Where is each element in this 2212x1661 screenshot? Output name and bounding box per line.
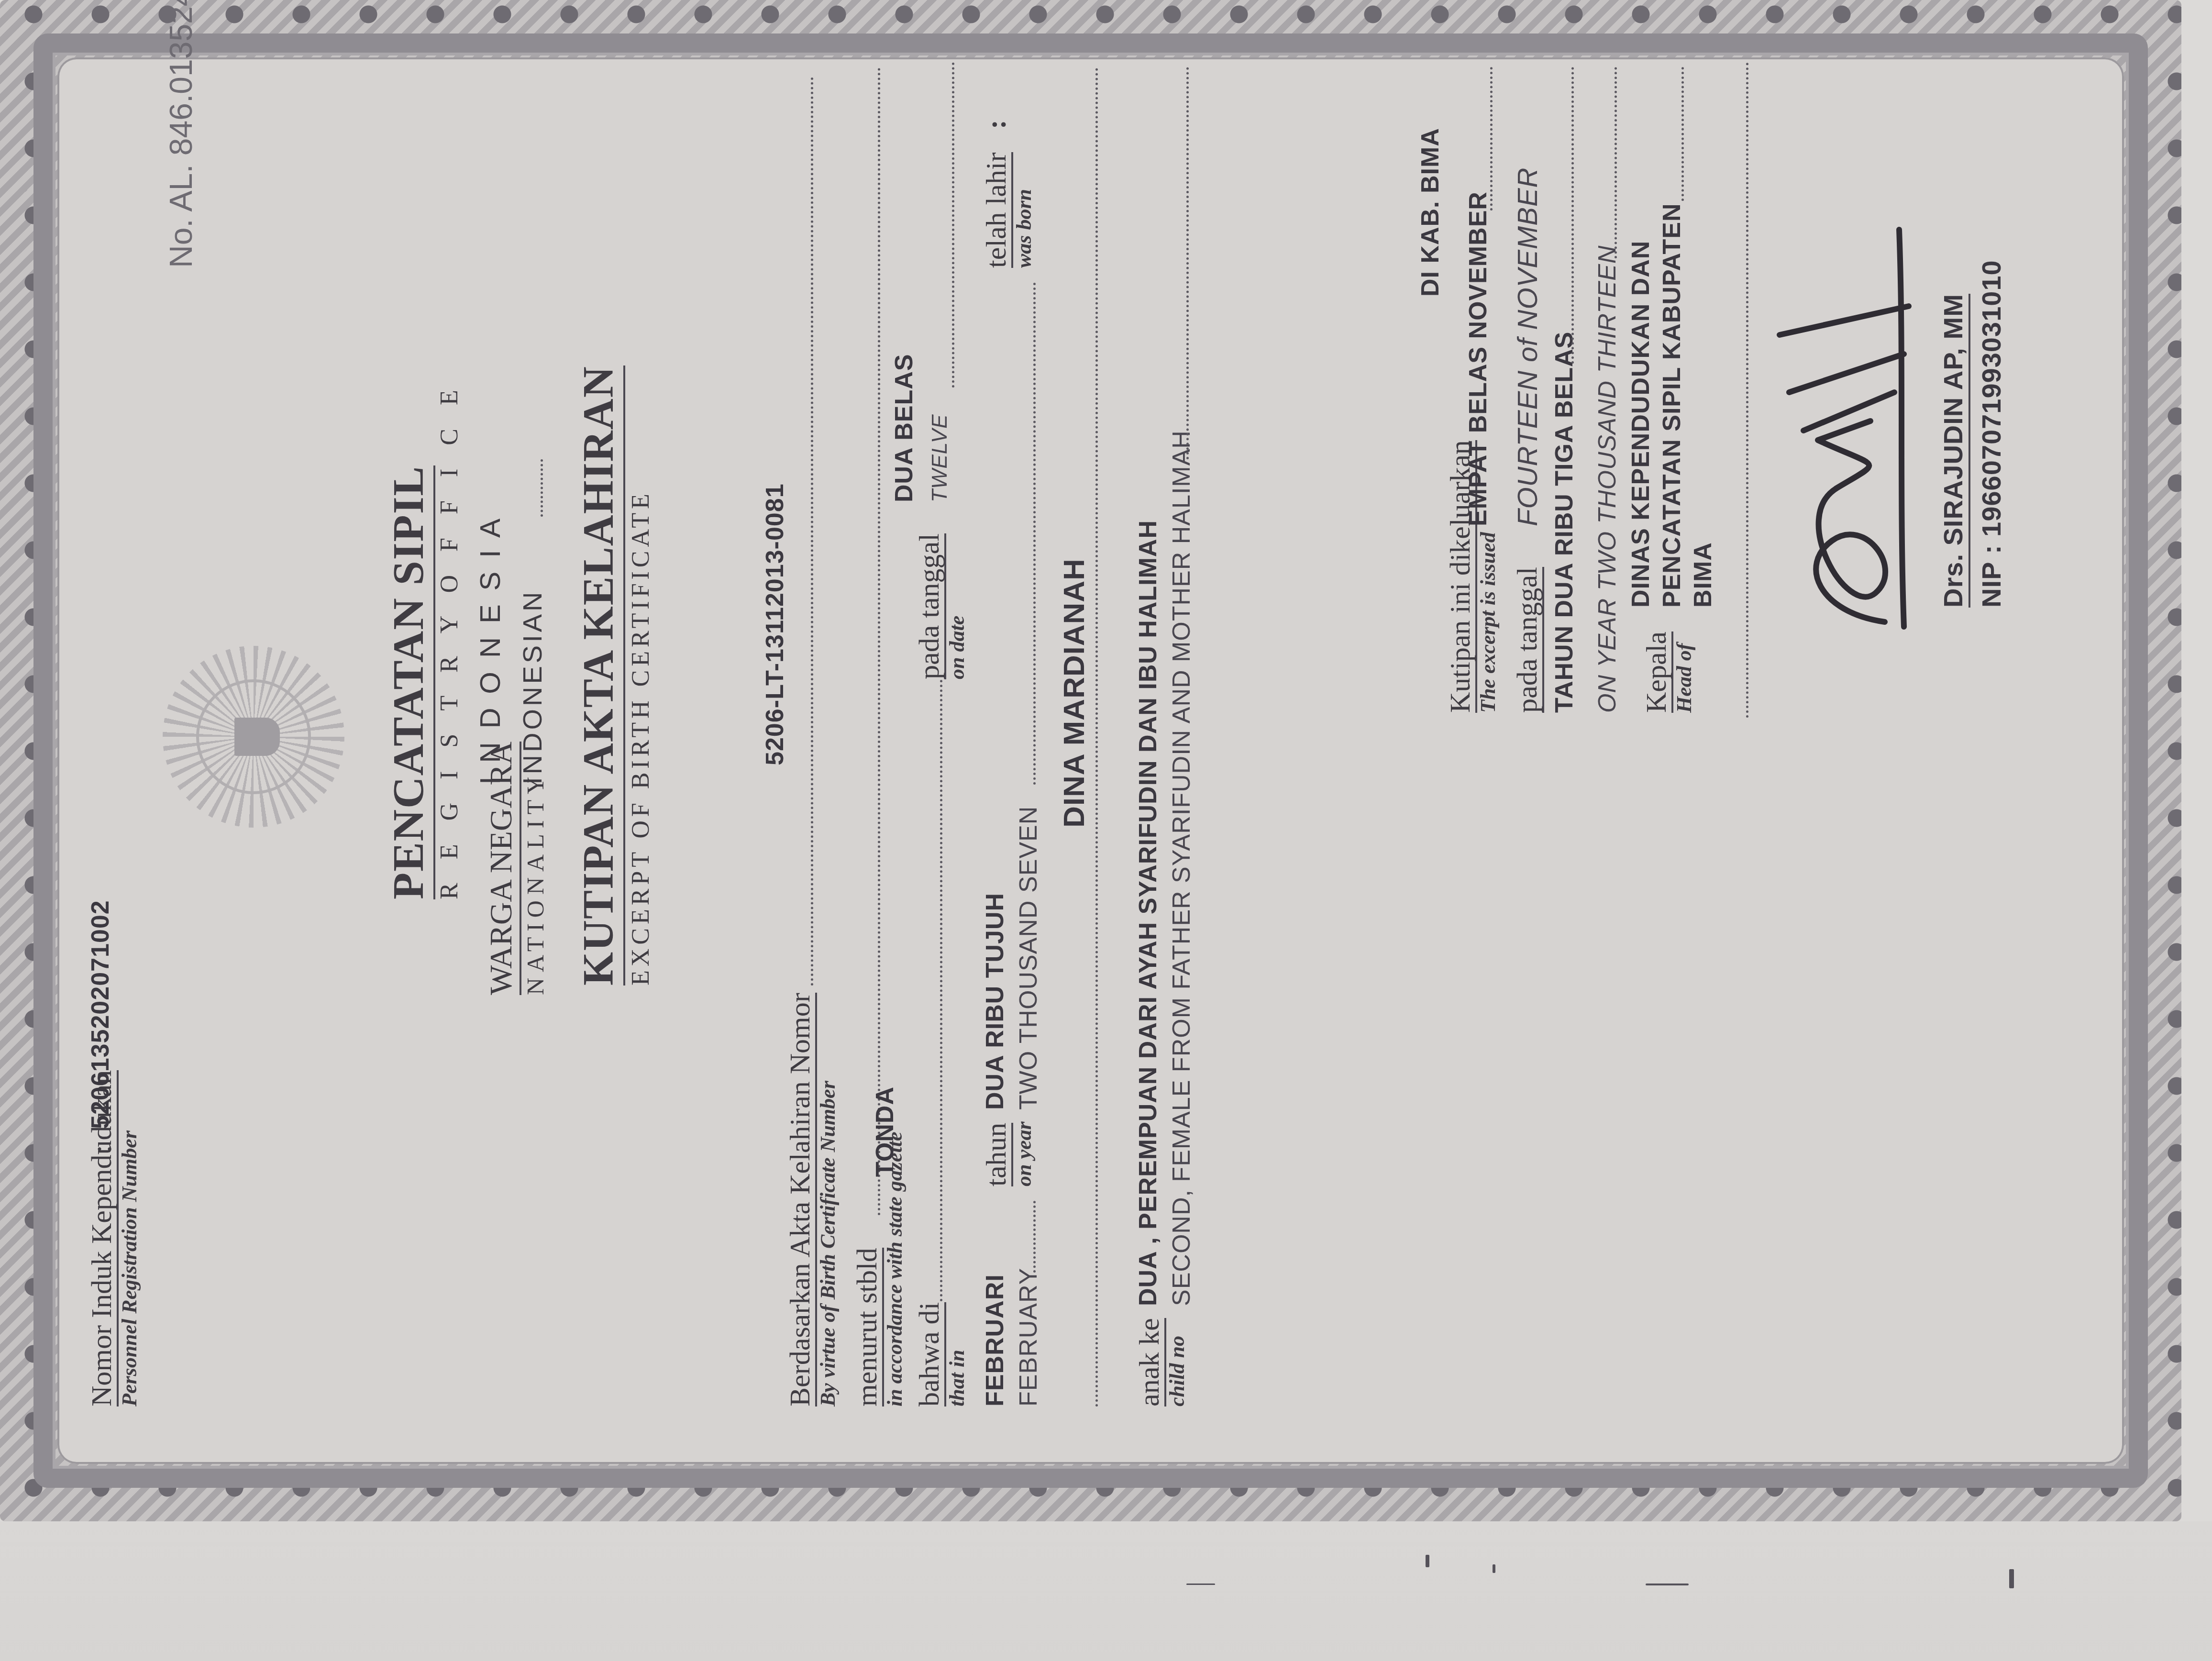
issued-date: EMPAT BELAS NOVEMBER: [1464, 191, 1493, 526]
year-value-en: TWO THOUSAND SEVEN: [1014, 806, 1043, 1110]
day-dots: [952, 62, 954, 388]
nationality-value: I N D O N E S I A: [474, 516, 507, 785]
issued-year-en-dots: [1615, 67, 1617, 258]
year-dots: [1033, 282, 1036, 785]
office-line-2: PENCATATAN SIPIL KABUPATEN: [1658, 203, 1686, 608]
table-specks: [0, 1521, 2212, 1661]
month-value-en: FEBRUARY: [1014, 1268, 1043, 1406]
issued-year-dots: [1571, 67, 1574, 364]
nik-colon: :: [86, 1145, 117, 1153]
office-line-3: BIMA: [1689, 542, 1717, 608]
child-name: DINA MARDIANAH: [1057, 558, 1091, 828]
office-title-en: R E G I S T R Y O F F I C E: [435, 381, 464, 899]
document-title: KUTIPAN AKTA KELAHIRAN: [574, 365, 625, 986]
office-title: PENCATATAN SIPIL: [383, 465, 435, 899]
born-label-en: was born: [1013, 189, 1035, 268]
parents-value: DUA , PEREMPUAN DARI AYAH SYARIFUDIN DAN…: [1134, 520, 1162, 1306]
nationality-value-en: INDONESIAN: [517, 589, 548, 785]
child-no-label-en: child no: [1166, 1336, 1188, 1406]
date-label: pada tanggal: [914, 533, 946, 679]
nationality-label-en: NATIONALITY: [521, 771, 549, 995]
basis-label-en: By virtue of Birth Certificate Number: [817, 1081, 839, 1406]
speck: [1426, 1555, 1429, 1567]
place-label-en: that in: [946, 1350, 968, 1406]
parents-dots: [1186, 67, 1189, 459]
document-title-en: EXCERPT OF BIRTH CERTIFICATE: [627, 490, 655, 986]
day-value-en: TWELVE: [928, 414, 952, 503]
stbld-label: menurut stbld: [852, 1248, 884, 1406]
issued-date-label: pada tanggal: [1512, 567, 1544, 713]
place-label: bahwa di: [914, 1302, 946, 1406]
year-label-en: on year: [1013, 1121, 1035, 1186]
emblem-shield: [234, 718, 280, 756]
date-label-en: on date: [946, 616, 968, 679]
born-label: telah lahir: [981, 152, 1013, 268]
nik-value: 5206135202071002: [86, 900, 115, 1129]
nik-label-en: Personnel Registration Number: [119, 1130, 141, 1406]
speck: [1186, 1583, 1215, 1585]
month-value: FEBRUARI: [981, 1274, 1009, 1406]
speck: [1493, 1564, 1495, 1573]
place-dots: [940, 679, 942, 1301]
signature-icon: [1760, 210, 1923, 641]
basis-value: 5206-LT-13112013-0081: [761, 483, 789, 765]
place-value: TONDA: [871, 1086, 899, 1177]
issued-place: DI KAB. BIMA: [1416, 128, 1445, 297]
office-dots: [1681, 67, 1684, 201]
stbld-dots: [878, 67, 880, 1215]
day-value: DUA BELAS: [890, 354, 918, 502]
month-dots: [1033, 1201, 1036, 1273]
year-label: tahun: [981, 1123, 1013, 1186]
signatory-name: Drs. SIRAJUDIN AP, MM: [1937, 294, 1970, 608]
born-colon: :: [981, 120, 1011, 129]
issued-year: TAHUN DUA RIBU TIGA BELAS: [1550, 332, 1579, 713]
office-line-1: DINAS KEPENDUDUKAN DAN: [1626, 241, 1655, 608]
issued-date-dots: [1490, 67, 1493, 210]
serial-number: No. AL. 846.0135240: [163, 0, 199, 268]
child-name-dots: [1095, 67, 1098, 1406]
signatory-nip: NIP : 196607071993031010: [1976, 260, 2007, 608]
child-no-label: anak ke: [1134, 1318, 1166, 1406]
speck: [1646, 1583, 1689, 1585]
issued-date-en: FOURTEEN of NOVEMBER: [1512, 167, 1544, 527]
head-label: Kepala: [1641, 631, 1673, 713]
parents-value-en: SECOND, FEMALE FROM FATHER SYARIFUDIN AN…: [1167, 430, 1196, 1306]
issued-label-en: The excerpt is issued: [1477, 532, 1499, 713]
issued-year-en: ON YEAR TWO THOUSAND THIRTEEN: [1593, 245, 1622, 713]
head-label-en: Head of: [1673, 643, 1695, 713]
certificate-body: Nomor Induk Kependudukan Personnel Regis…: [57, 57, 2124, 1464]
garuda-emblem-icon: [163, 646, 344, 828]
nationality-dots: [541, 459, 543, 517]
year-value: DUA RIBU TUJUH: [981, 893, 1009, 1110]
speck: [2009, 1569, 2014, 1588]
basis-label: Berdasarkan Akta Kelahiran Nomor: [785, 993, 817, 1406]
signature-dots: [1746, 62, 1748, 718]
birth-certificate: Nomor Induk Kependudukan Personnel Regis…: [0, 0, 2181, 1521]
basis-dots: [811, 77, 813, 986]
